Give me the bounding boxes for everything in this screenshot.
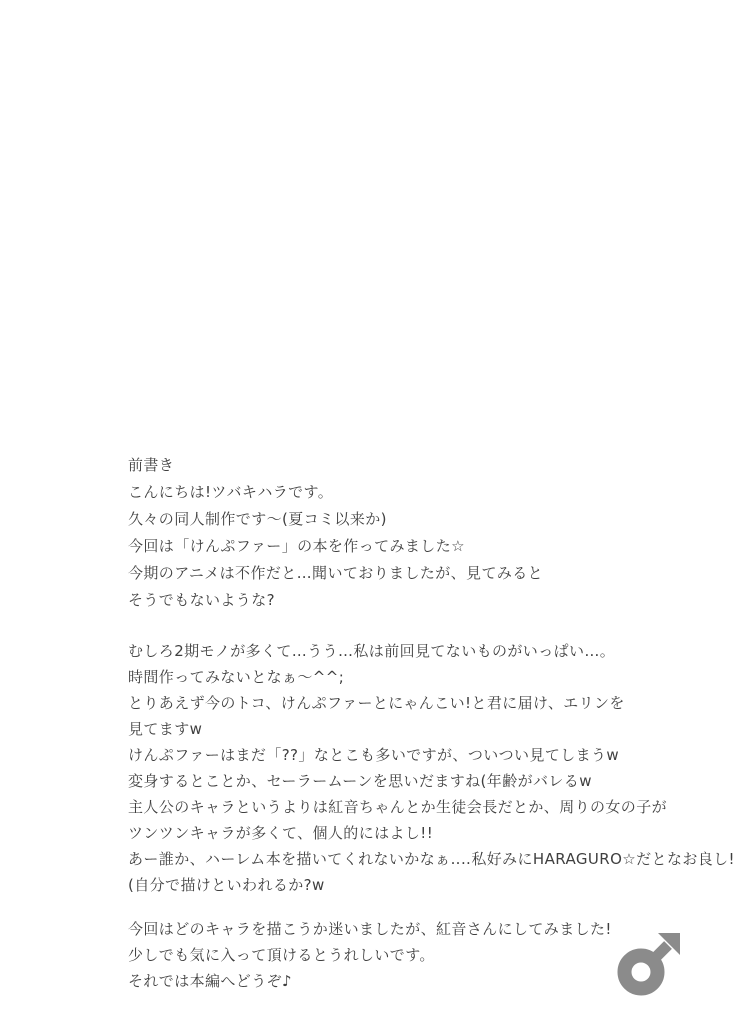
preface-line: 主人公のキャラというよりは紅音ちゃんとか生徒会長だとか、周りの女の子が: [128, 794, 668, 820]
preface-line: ツンツンキャラが多くて、個人的にはよし!!: [128, 820, 668, 846]
preface-line: 久々の同人制作です〜(夏コミ以来か): [128, 506, 668, 533]
preface-paragraph-3: 今回はどのキャラを描こうか迷いましたが、紅音さんにしてみました! 少しでも気に入…: [128, 916, 668, 994]
preface-line: けんぷファーはまだ「??」なとこも多いですが、ついつい見てしまうw: [128, 742, 668, 768]
preface-paragraph-1: 前書き こんにちは!ツバキハラです。 久々の同人制作です〜(夏コミ以来か) 今回…: [128, 452, 668, 614]
preface-line: 見てますw: [128, 716, 668, 742]
male-symbol-icon: [614, 928, 682, 998]
preface-line: こんにちは!ツバキハラです。: [128, 479, 668, 506]
preface-line: あー誰か、ハーレム本を描いてくれないかなぁ‥‥私好みにHARAGURO☆だとなお…: [128, 846, 668, 872]
preface-line: 今回は「けんぷファー」の本を作ってみました☆: [128, 533, 668, 560]
preface-heading: 前書き: [128, 452, 668, 479]
preface-line: 変身するとことか、セーラームーンを思いだますね(年齢がバレるw: [128, 768, 668, 794]
preface-line: 少しでも気に入って頂けるとうれしいです。: [128, 942, 668, 968]
preface-line: 今期のアニメは不作だと…聞いておりましたが、見てみると: [128, 560, 668, 587]
preface-text-block: 前書き こんにちは!ツバキハラです。 久々の同人制作です〜(夏コミ以来か) 今回…: [128, 452, 668, 994]
preface-line: そうでもないような?: [128, 587, 668, 614]
preface-line: それでは本編へどうぞ♪: [128, 968, 668, 994]
preface-line: とりあえず今のトコ、けんぷファーとにゃんこい!と君に届け、エリンを: [128, 690, 668, 716]
preface-line: (自分で描けといわれるか?w: [128, 872, 668, 898]
doujinshi-preface-page: 前書き こんにちは!ツバキハラです。 久々の同人制作です〜(夏コミ以来か) 今回…: [0, 0, 736, 1029]
preface-paragraph-2: むしろ2期モノが多くて…うう…私は前回見てないものがいっぱい…。 時間作ってみな…: [128, 638, 668, 898]
preface-line: 今回はどのキャラを描こうか迷いましたが、紅音さんにしてみました!: [128, 916, 668, 942]
preface-line: 時間作ってみないとなぁ〜^^;: [128, 664, 668, 690]
preface-line: むしろ2期モノが多くて…うう…私は前回見てないものがいっぱい…。: [128, 638, 668, 664]
